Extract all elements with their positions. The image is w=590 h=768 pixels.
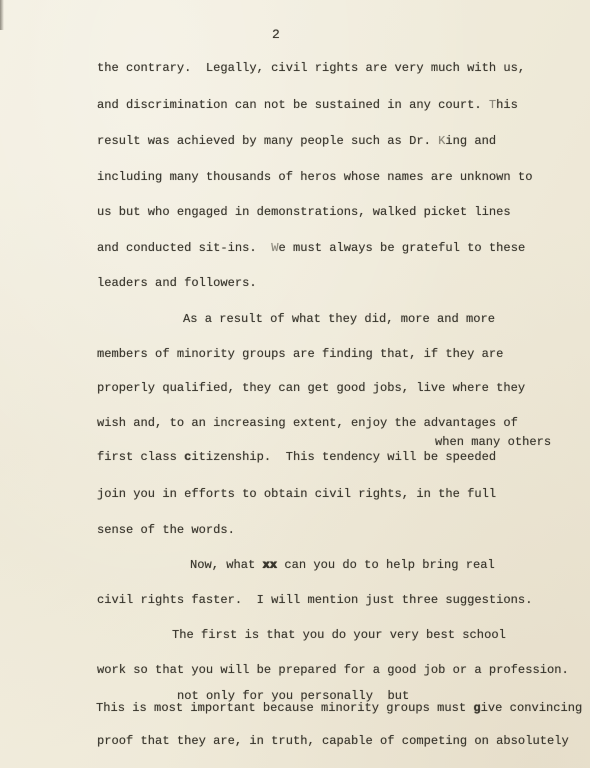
text-line: leaders and followers.	[97, 276, 257, 291]
text-line: join you in efforts to obtain civil righ…	[97, 487, 496, 502]
text-line: us but who engaged in demonstrations, wa…	[97, 205, 511, 220]
text-line: civil rights faster. I will mention just…	[97, 593, 532, 608]
text-line: sense of the words.	[97, 523, 235, 538]
text-line: proof that they are, in truth, capable o…	[97, 734, 569, 749]
document-page: 2 the contrary. Legally, civil rights ar…	[0, 0, 590, 768]
text-line: wish and, to an increasing extent, enjoy…	[97, 416, 518, 431]
text-line: first class citizenship. This tendency w…	[97, 450, 496, 465]
text-line: Now, what xx can you do to help bring re…	[190, 558, 495, 573]
text-line: members of minority groups are finding t…	[97, 347, 503, 362]
text-line: work so that you will be prepared for a …	[97, 663, 569, 678]
text-line: the contrary. Legally, civil rights are …	[97, 61, 525, 76]
text-line: and discrimination can not be sustained …	[97, 98, 518, 113]
text-line: result was achieved by many people such …	[97, 134, 496, 149]
text-line: The first is that you do your very best …	[172, 628, 506, 643]
text-line: properly qualified, they can get good jo…	[97, 381, 525, 396]
typed-text: the contrary. Legally, civil rights are …	[0, 0, 590, 768]
text-line: and conducted sit-ins. We must always be…	[97, 241, 525, 256]
interline-insertion: when many others	[435, 435, 551, 450]
text-line: As a result of what they did, more and m…	[183, 312, 495, 327]
text-line: This is most important because minority …	[96, 701, 582, 716]
text-line: including many thousands of heros whose …	[97, 170, 532, 185]
